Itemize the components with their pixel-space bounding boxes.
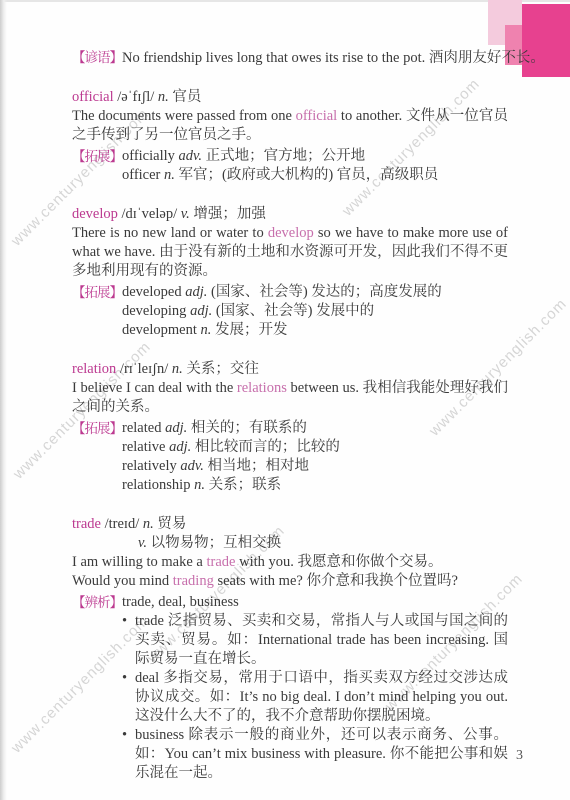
analysis-item: business 除表示一般的商业外，还可以表示商务、公事。如：You can’… bbox=[122, 726, 508, 783]
meaning: 官员 bbox=[172, 89, 201, 105]
page-left-edge bbox=[0, 0, 7, 800]
derived-word: relatively bbox=[122, 458, 177, 474]
page-content: 【谚语】No friendship lives long that owes i… bbox=[72, 48, 508, 783]
expansion-block: 【拓展】 developed adj. (国家、社会等) 发达的；高度发展的 d… bbox=[72, 283, 508, 340]
phonetic: /dɪˈveləp/ bbox=[122, 206, 178, 222]
example-pre: Would you mind bbox=[72, 573, 173, 589]
example-sentence: I believe I can deal with the relations … bbox=[72, 379, 508, 417]
headword-line: relation /rɪˈleɪʃn/ n. 关系；交往 bbox=[72, 360, 508, 379]
analysis-body: trade, deal, business trade 泛指贸易、买卖和交易，常… bbox=[122, 593, 508, 783]
example-keyword: trade bbox=[207, 554, 236, 570]
expansion-item: development n. 发展；开发 bbox=[122, 321, 508, 340]
expansion-block: 【拓展】 related adj. 相关的；有联系的 relative adj.… bbox=[72, 419, 508, 495]
part-of-speech: v. bbox=[181, 206, 190, 222]
analysis-item: deal 多指交易，常用于口语中，指买卖双方经过交涉达成协议成交。如：It’s … bbox=[122, 669, 508, 726]
example-keyword: relations bbox=[237, 380, 287, 396]
example-keyword: develop bbox=[268, 225, 314, 241]
analysis-list: trade 泛指贸易、买卖和交易，常指人与人或国与国之间的买卖、贸易。如：Int… bbox=[122, 612, 508, 783]
proverb-chinese: 酒肉朋友好不长。 bbox=[429, 50, 545, 66]
expansion-label: 【拓展】 bbox=[72, 283, 122, 340]
page-number: 3 bbox=[516, 748, 523, 764]
derived-word: developed bbox=[122, 284, 182, 300]
headword: develop bbox=[72, 206, 118, 222]
example-pre: The documents were passed from one bbox=[72, 108, 296, 124]
meaning: 以物易物；互相交换 bbox=[151, 535, 282, 551]
derived-word: officer bbox=[122, 167, 160, 183]
proverb-line: 【谚语】No friendship lives long that owes i… bbox=[72, 48, 508, 68]
derived-word: development bbox=[122, 322, 197, 338]
proverb-label: 【谚语】 bbox=[72, 50, 122, 65]
expansion-label: 【拓展】 bbox=[72, 147, 122, 185]
entry-trade: trade /treɪd/ n. 贸易 v. 以物易物；互相交换 I am wi… bbox=[72, 515, 508, 783]
headword: official bbox=[72, 89, 114, 105]
meaning: 正式地；官方地；公开地 bbox=[206, 148, 366, 164]
part-of-speech: n. bbox=[143, 516, 154, 532]
part-of-speech: n. bbox=[194, 477, 205, 493]
part-of-speech: v. bbox=[138, 535, 147, 551]
part-of-speech: adj. bbox=[185, 284, 207, 300]
page-top-edge bbox=[0, 0, 570, 2]
meaning: 相当地；相对地 bbox=[208, 458, 310, 474]
part-of-speech: adj. bbox=[169, 439, 191, 455]
example-sentence: Would you mind trading seats with me? 你介… bbox=[72, 572, 508, 591]
expansion-label: 【拓展】 bbox=[72, 419, 122, 495]
part-of-speech: adv. bbox=[179, 148, 203, 164]
meaning: (国家、社会等) 发达的；高度发展的 bbox=[211, 284, 442, 300]
headword-line: develop /dɪˈveləp/ v. 增强；加强 bbox=[72, 205, 508, 224]
example-pre: There is no new land or water to bbox=[72, 225, 268, 241]
meaning: 相关的；有联系的 bbox=[191, 420, 307, 436]
expansion-item: developed adj. (国家、社会等) 发达的；高度发展的 bbox=[122, 283, 508, 302]
part-of-speech: n. bbox=[164, 167, 175, 183]
meaning: 相比较而言的；比较的 bbox=[195, 439, 340, 455]
meaning: 军官；(政府或大机构的) 官员，高级职员 bbox=[179, 167, 439, 183]
example-keyword: trading bbox=[173, 573, 214, 589]
entry-official: official /əˈfɪʃl/ n. 官员 The documents we… bbox=[72, 88, 508, 185]
analysis-text: 泛指贸易、买卖和交易，常指人与人或国与国之间的买卖、贸易。如：Internati… bbox=[135, 613, 508, 667]
expansion-items: developed adj. (国家、社会等) 发达的；高度发展的 develo… bbox=[122, 283, 508, 340]
expansion-item: developing adj. (国家、社会等) 发展中的 bbox=[122, 302, 508, 321]
meaning: (国家、社会等) 发展中的 bbox=[216, 303, 374, 319]
deco-square-dark-pink bbox=[522, 4, 570, 77]
analysis-term: trade bbox=[135, 613, 164, 629]
headword: relation bbox=[72, 361, 116, 377]
meaning: 发展；开发 bbox=[215, 322, 288, 338]
analysis-item: trade 泛指贸易、买卖和交易，常指人与人或国与国之间的买卖、贸易。如：Int… bbox=[122, 612, 508, 669]
expansion-items: officially adv. 正式地；官方地；公开地 officer n. 军… bbox=[122, 147, 508, 185]
part-of-speech: n. bbox=[158, 89, 169, 105]
derived-word: developing bbox=[122, 303, 186, 319]
expansion-item: officer n. 军官；(政府或大机构的) 官员，高级职员 bbox=[122, 166, 508, 185]
example-sentence: There is no new land or water to develop… bbox=[72, 224, 508, 281]
derived-word: relationship bbox=[122, 477, 190, 493]
expansion-item: relationship n. 关系；联系 bbox=[122, 476, 508, 495]
example-pre: I am willing to make a bbox=[72, 554, 207, 570]
meaning: 增强；加强 bbox=[193, 206, 266, 222]
example-pre: I believe I can deal with the bbox=[72, 380, 237, 396]
proverb-english: No friendship lives long that owes its r… bbox=[122, 50, 429, 66]
entry-relation: relation /rɪˈleɪʃn/ n. 关系；交往 I believe I… bbox=[72, 360, 508, 495]
derived-word: officially bbox=[122, 148, 175, 164]
meaning: 贸易 bbox=[157, 516, 186, 532]
derived-word: relative bbox=[122, 439, 165, 455]
headword-line: official /əˈfɪʃl/ n. 官员 bbox=[72, 88, 508, 107]
secondary-pos-line: v. 以物易物；互相交换 bbox=[72, 534, 508, 553]
analysis-text: 除表示一般的商业外，还可以表示商务、公事。如：You can’t mix bus… bbox=[135, 727, 508, 781]
expansion-item: relatively adv. 相当地；相对地 bbox=[122, 457, 508, 476]
expansion-items: related adj. 相关的；有联系的 relative adj. 相比较而… bbox=[122, 419, 508, 495]
expansion-item: officially adv. 正式地；官方地；公开地 bbox=[122, 147, 508, 166]
example-keyword: official bbox=[296, 108, 338, 124]
headword-line: trade /treɪd/ n. 贸易 bbox=[72, 515, 508, 534]
example-post: with you. 我愿意和你做个交易。 bbox=[235, 554, 442, 570]
part-of-speech: adj. bbox=[190, 303, 212, 319]
analysis-text: 多指交易，常用于口语中，指买卖双方经过交涉达成协议成交。如：It’s no bi… bbox=[135, 670, 508, 724]
example-sentence: I am willing to make a trade with you. 我… bbox=[72, 553, 508, 572]
expansion-item: related adj. 相关的；有联系的 bbox=[122, 419, 508, 438]
part-of-speech: n. bbox=[172, 361, 183, 377]
expansion-item: relative adj. 相比较而言的；比较的 bbox=[122, 438, 508, 457]
analysis-term: deal bbox=[135, 670, 159, 686]
entry-develop: develop /dɪˈveləp/ v. 增强；加强 There is no … bbox=[72, 205, 508, 340]
derived-word: related bbox=[122, 420, 161, 436]
analysis-title: trade, deal, business bbox=[122, 593, 508, 612]
part-of-speech: n. bbox=[201, 322, 212, 338]
example-sentence: The documents were passed from one offic… bbox=[72, 107, 508, 145]
analysis-label: 【辨析】 bbox=[72, 593, 122, 783]
phonetic: /rɪˈleɪʃn/ bbox=[120, 361, 168, 377]
analysis-term: business bbox=[135, 727, 184, 743]
headword: trade bbox=[72, 516, 101, 532]
part-of-speech: adj. bbox=[165, 420, 187, 436]
phonetic: /əˈfɪʃl/ bbox=[117, 89, 154, 105]
meaning: 关系；交往 bbox=[186, 361, 259, 377]
analysis-block: 【辨析】 trade, deal, business trade 泛指贸易、买卖… bbox=[72, 593, 508, 783]
example-post: seats with me? 你介意和我换个位置吗? bbox=[214, 573, 458, 589]
expansion-block: 【拓展】 officially adv. 正式地；官方地；公开地 officer… bbox=[72, 147, 508, 185]
phonetic: /treɪd/ bbox=[105, 516, 140, 532]
part-of-speech: adv. bbox=[180, 458, 204, 474]
meaning: 关系；联系 bbox=[209, 477, 282, 493]
